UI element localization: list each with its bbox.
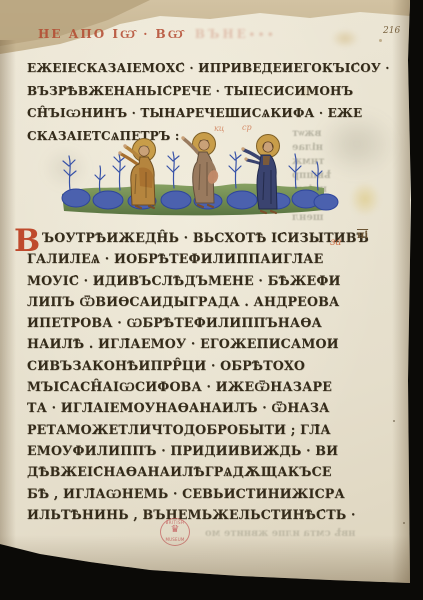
text-line: ЪОУТРѢИЖЕДН̑Ь · ВЬСХОТѢ ІС̑ИЗЫТИВЪ: [27, 227, 369, 248]
wax-stain: [331, 29, 359, 48]
miniature-illustration: [56, 128, 346, 220]
gutter-shadow: [0, 40, 16, 560]
text-line: СН̑ЪІѠНИНЪ · ТЫНАРЕЧЕШИСѦКИФА · ЕЖЕ: [27, 102, 390, 125]
head: [139, 146, 149, 156]
text-line: ДѢВЖЕІС̑НАѲАНАИЛѢГРѦДѪЩАКЪСЕ: [27, 461, 369, 482]
text-line: ИЛЬТѢНИНЬ , ВЪНЕМЬЖЕЛЬСТИНѢС̑ТЬ ·: [27, 504, 369, 525]
edge-shadow-bottom: [0, 535, 410, 590]
head: [199, 140, 209, 150]
text-line: ГАЛИЛЕѦ · ИОБРѢТЕФИЛИППАИГЛ̑АЕ: [27, 248, 369, 269]
text-line: ТА · ИГЛ̑АІЕМОУНАѲАНАИЛЪ · ѾНАЗА: [27, 397, 369, 418]
text-line: МЪІС̑АСН̑АІѠСИФОВА · ИЖЕѾНАЗАРЕ: [27, 376, 369, 397]
text-line: СИВЪЗАКОНѢИПРР̑ЦИ · ОБРѢТОХО: [27, 355, 369, 376]
plant-sprays: [63, 152, 322, 192]
manuscript-scan: вжѡт нілае тнмж ѣвшпр нніеж мтѡв шенл нв…: [0, 0, 423, 600]
rubric-faded-text: ВЪНЕ∙∙∙: [195, 27, 277, 41]
text-line: БѢ , ИГЛ̑АѠНЕМЬ · СЕВЬИСТИНИЖІСРА: [27, 483, 369, 504]
crown-icon: ♛: [159, 525, 191, 535]
text-line: НАИЛѢ . ИГЛ̑АЕМОУ · ЕГОЖЕПИСАМОИ: [27, 333, 369, 354]
wax-stain: [350, 182, 380, 216]
text-line: ИПЕТРОВА · ѠБРѢТЕФИЛИППЪНАѲА: [27, 312, 369, 333]
text-line: ЕЖЕІЕСКАЗАІЕМОХС̑ · ИПРИВЕДЕИЕГОКЪІС̑ОУ …: [27, 57, 390, 80]
margin-zachalo-number: ні: [357, 230, 368, 241]
rubric-text: НЕ АПО ІѠ̑ · ВѠ̑: [38, 27, 185, 41]
text-line: РЕТАМОЖЕТЛИЧТОДОБРОБЫТИ ; ГЛ̑А: [27, 419, 369, 440]
parchment-page: вжѡт нілае тнмж ѣвшпр нніеж мтѡв шенл нв…: [0, 0, 423, 600]
header-rubric: НЕ АПО ІѠ̑ · ВѠ̑ВЪНЕ∙∙∙: [38, 27, 276, 42]
text-line: МОУІС̑ · ИДИВЪСЛѢДЪМЕНЕ · БѢЖЕФИ: [27, 270, 369, 291]
ink-speck: [379, 39, 382, 42]
margin-zachalo-label: за: [330, 237, 341, 248]
text-line: ЕМОУФИЛИППЪ · ПРИДИИВИЖДЬ · ВИ: [27, 440, 369, 461]
text-line: ЛИПЪ ѾВИѲСАИДЫГРАДА . АНДРЕОВА: [27, 291, 369, 312]
text-line: ВЪЗРѢВЖЕНАНЬІС̑РЕЧЕ · ТЫІЕСИСИМОНЪ: [27, 80, 390, 103]
edge-shadow-right: [392, 0, 410, 600]
text-block-2: ЪОУТРѢИЖЕДН̑Ь · ВЬСХОТѢ ІС̑ИЗЫТИВЪ ГАЛИЛ…: [27, 227, 369, 525]
